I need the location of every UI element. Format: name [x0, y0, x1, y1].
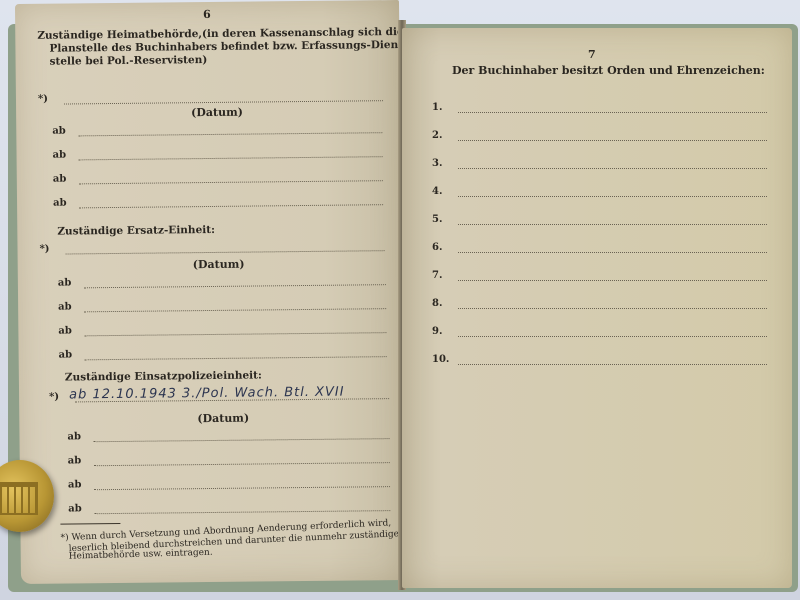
ab-row[interactable]: ab — [53, 194, 383, 208]
dotted-line — [458, 188, 767, 197]
right-page: 7 Der Buchinhaber besitzt Orden und Ehre… — [402, 28, 792, 588]
row-number: 3. — [432, 158, 454, 169]
left-page: 6 Zuständige Heimatbehörde,(in deren Kas… — [15, 0, 405, 584]
heimat-entry-line[interactable]: *) — [38, 90, 383, 105]
dotted-line — [84, 300, 386, 312]
dotted-line — [66, 242, 385, 254]
ab-row[interactable]: ab — [68, 476, 390, 490]
heimatbehoerde-heading-2: Planstelle des Buchinhabers befindet bzw… — [49, 39, 413, 56]
datum-label: (Datum) — [191, 106, 243, 120]
ab-row[interactable]: ab — [68, 452, 390, 466]
ab-label: ab — [58, 301, 80, 312]
ab-label: ab — [53, 197, 75, 208]
row-number: 9. — [432, 326, 454, 337]
row-number: 1. — [432, 102, 454, 113]
dotted-line — [94, 454, 390, 466]
orden-row[interactable]: 10. — [432, 354, 767, 365]
ab-label: ab — [53, 173, 75, 184]
dotted-line — [79, 172, 383, 184]
dotted-line — [79, 148, 383, 160]
asterisk-mark: *) — [49, 391, 71, 402]
dotted-line — [84, 276, 386, 288]
dotted-line — [458, 244, 767, 253]
footnote-rule — [60, 523, 120, 525]
datum-label: (Datum) — [193, 258, 245, 272]
row-number: 5. — [432, 214, 454, 225]
row-number: 2. — [432, 130, 454, 141]
asterisk-mark: *) — [39, 244, 61, 255]
orden-heading: Der Buchinhaber besitzt Orden und Ehrenz… — [452, 64, 765, 77]
row-number: 10. — [432, 354, 454, 365]
ab-row[interactable]: ab — [58, 298, 386, 312]
orden-row[interactable]: 6. — [432, 242, 767, 253]
ab-row[interactable]: ab — [68, 500, 390, 514]
datum-label: (Datum) — [197, 412, 249, 426]
page-number: 7 — [588, 48, 596, 61]
dotted-line — [94, 502, 390, 514]
dotted-line — [458, 272, 767, 281]
row-number: 4. — [432, 186, 454, 197]
row-number: 7. — [432, 270, 454, 281]
heimatbehoerde-heading-3: stelle bei Pol.-Reservisten) — [50, 54, 208, 69]
orden-row[interactable]: 1. — [432, 102, 767, 113]
handwritten-unit-entry: ab 12.10.1943 3./Pol. Wach. Btl. XVII — [69, 385, 345, 403]
dotted-line — [94, 478, 390, 490]
orden-row[interactable]: 3. — [432, 158, 767, 169]
ab-label: ab — [59, 349, 81, 360]
dotted-line — [458, 160, 767, 169]
ab-label: ab — [68, 455, 90, 466]
orden-row[interactable]: 4. — [432, 186, 767, 197]
ersatz-einheit-heading: Zuständige Ersatz-Einheit: — [57, 224, 215, 239]
ab-row[interactable]: ab — [59, 346, 387, 360]
orden-row[interactable]: 9. — [432, 326, 767, 337]
ab-label: ab — [67, 431, 89, 442]
ab-row[interactable]: ab — [52, 122, 382, 136]
dotted-line — [458, 132, 767, 141]
dotted-line — [93, 430, 389, 442]
ab-row[interactable]: ab — [67, 428, 389, 442]
ab-label: ab — [58, 325, 80, 336]
orden-row[interactable]: 7. — [432, 270, 767, 281]
ab-row[interactable]: ab — [58, 274, 386, 288]
dotted-line — [79, 196, 383, 208]
ab-label: ab — [52, 125, 74, 136]
dotted-line — [85, 348, 387, 360]
dotted-line — [458, 104, 767, 113]
ab-label: ab — [53, 149, 75, 160]
dotted-line — [458, 216, 767, 225]
asterisk-mark: *) — [38, 94, 60, 105]
ab-row[interactable]: ab — [58, 322, 386, 336]
dotted-line — [78, 124, 382, 136]
row-number: 6. — [432, 242, 454, 253]
ersatz-entry-line[interactable]: *) — [39, 240, 384, 255]
orden-row[interactable]: 2. — [432, 130, 767, 141]
page-number: 6 — [203, 8, 211, 21]
orden-row[interactable]: 5. — [432, 214, 767, 225]
dotted-line — [84, 324, 386, 336]
ab-row[interactable]: ab — [53, 146, 383, 160]
orden-row[interactable]: 8. — [432, 298, 767, 309]
dotted-line — [64, 92, 383, 104]
dotted-line — [458, 356, 767, 365]
ab-row[interactable]: ab — [53, 170, 383, 184]
row-number: 8. — [432, 298, 454, 309]
dotted-line — [458, 328, 767, 337]
ab-label: ab — [68, 479, 90, 490]
einsatzpolizei-heading: Zuständige Einsatzpolizeieinheit: — [65, 369, 262, 384]
brandenburg-gate-icon — [0, 482, 38, 515]
dotted-line — [458, 300, 767, 309]
ab-label: ab — [68, 503, 90, 514]
ab-label: ab — [58, 277, 80, 288]
